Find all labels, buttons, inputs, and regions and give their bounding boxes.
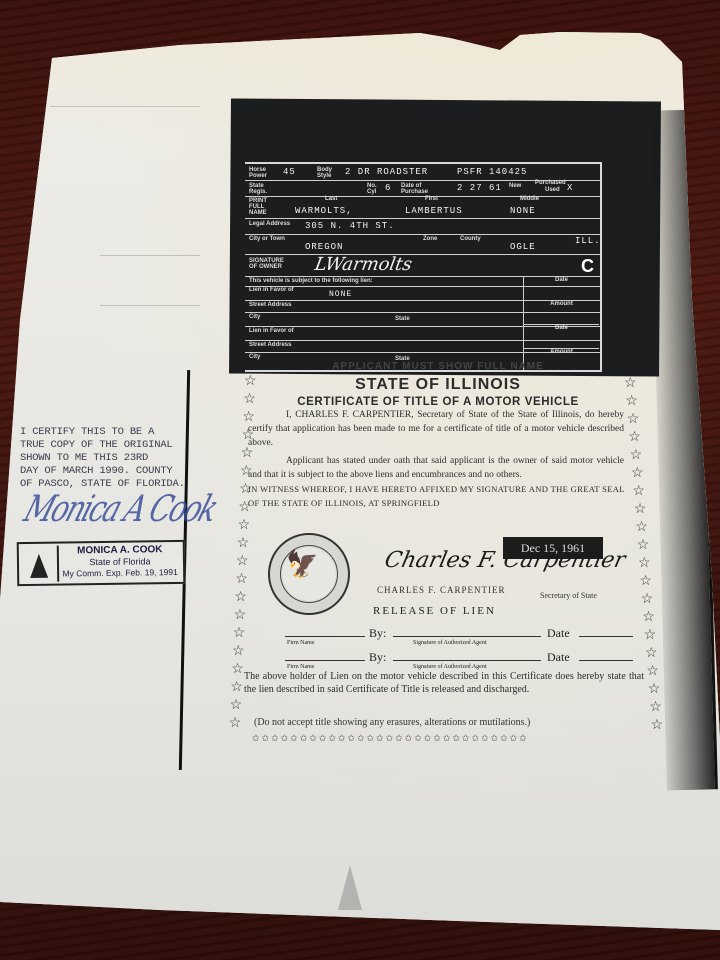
star-icon: ☆: [229, 715, 242, 729]
stamp-text: MONICA A. COOK State of Florida My Comm.…: [59, 544, 181, 580]
document-page: Horse Power 45 Body Style 2 DR ROADSTER …: [0, 0, 720, 960]
star-icon: ☆: [232, 643, 245, 657]
purchase-date-value: 2 27 61: [457, 183, 502, 193]
star-icon: ☆: [646, 663, 659, 677]
star-icon: ☆: [644, 627, 657, 641]
label-purchased: Purchased: [535, 180, 566, 186]
notary-line: DAY OF MARCH 1990. COUNTY: [20, 465, 220, 478]
star-icon: ☆: [243, 391, 256, 405]
star-icon: ☆: [624, 375, 637, 389]
label-street: Street Address: [249, 342, 291, 348]
label-lien2-date: Date: [524, 325, 599, 349]
notary-commission: My Comm. Exp. Feb. 19, 1991: [59, 567, 181, 580]
release-of-lien-title: RELEASE OF LIEN: [373, 605, 496, 617]
star-icon: ☆: [231, 661, 244, 675]
owner-middle-name: NONE: [510, 206, 536, 216]
star-icon: ☆: [634, 501, 647, 515]
star-icon: ☆: [639, 573, 652, 587]
notary-signature: Monica A Cook: [19, 487, 222, 530]
star-icon: ☆: [234, 607, 247, 621]
star-icon: ☆: [237, 535, 250, 549]
release-signature-row: By: Date Firm Name Signature of Authoriz…: [285, 626, 635, 650]
lien-date-amount-column: Date Amount Date Amount: [523, 277, 599, 370]
star-icon: ☆: [651, 717, 664, 731]
star-icon: ☆: [637, 537, 650, 551]
serial-number: PSFR 140425: [457, 167, 527, 177]
star-icon: ☆: [631, 465, 644, 479]
label-used: Used: [545, 187, 560, 193]
label-city: City or Town: [249, 236, 285, 242]
notary-certification: I CERTIFY THIS TO BE A TRUE COPY OF THE …: [20, 426, 220, 491]
label-state-reg: State Regis.: [249, 183, 277, 195]
notary-line: SHOWN TO ME THIS 23RD: [20, 452, 220, 465]
secretary-signature: Charles F. Carpentier: [382, 548, 627, 573]
row-horsepower: Horse Power 45 Body Style 2 DR ROADSTER …: [245, 164, 600, 181]
star-icon: ☆: [632, 483, 645, 497]
witness-statement: IN WITNESS WHEREOF, I HAVE HERETO AFFIXE…: [238, 482, 638, 510]
star-icon: ☆: [645, 645, 658, 659]
star-icon: ☆: [630, 447, 643, 461]
certification-paragraph: I, CHARLES F. CARPENTIER, Secretary of S…: [238, 408, 638, 450]
label-last: Last: [325, 196, 337, 202]
lien1-favor-value: NONE: [329, 290, 352, 299]
star-icon: ☆: [233, 625, 246, 639]
star-icon: ☆: [241, 445, 254, 459]
star-icon: ☆: [628, 429, 641, 443]
alteration-warning: (Do not accept title showing any erasure…: [254, 717, 644, 728]
faint-rule: [100, 305, 200, 306]
star-icon: ☆: [235, 571, 248, 585]
row-signature: SIGNATURE OF OWNER LWarmolts C: [245, 254, 600, 277]
label-state: State: [395, 316, 410, 322]
star-icon: ☆: [236, 553, 249, 567]
oath-paragraph: Applicant has stated under oath that sai…: [238, 454, 638, 482]
by-label: By:: [369, 650, 386, 665]
star-icon: ☆: [230, 679, 243, 693]
label-lien-favor: Lien in Favor of: [249, 287, 294, 293]
star-icon: ☆: [641, 591, 654, 605]
label-first: First: [425, 196, 438, 202]
date-line: [579, 660, 633, 661]
star-icon: ☆: [230, 697, 243, 711]
label-full-name: PRINT FULL NAME: [249, 198, 279, 216]
faint-rule: [50, 106, 200, 107]
body-style-value: 2 DR ROADSTER: [345, 167, 428, 177]
certificate-body: STATE OF ILLINOIS CERTIFICATE OF TITLE O…: [238, 376, 638, 510]
signer-name: CHARLES F. CARPENTIER: [377, 585, 506, 595]
county-value: OGLE: [510, 242, 536, 252]
star-icon: ☆: [642, 609, 655, 623]
star-icon: ☆: [638, 555, 651, 569]
label-lien1-amount: Amount: [524, 301, 599, 325]
release-statement: The above holder of Lien on the motor ve…: [240, 670, 644, 696]
signer-title: Secretary of State: [540, 591, 597, 600]
bottom-star-border: ✩✩✩✩✩✩✩✩✩✩✩✩✩✩✩✩✩✩✩✩✩✩✩✩✩✩✩✩✩: [252, 733, 529, 744]
full-name-banner: APPLICANT MUST SHOW FULL NAME: [258, 361, 618, 372]
date-line: [579, 636, 633, 637]
faint-rule: [100, 255, 200, 256]
label-city: City: [249, 354, 260, 360]
legal-address-value: 305 N. 4TH ST.: [305, 221, 395, 231]
label-legal-address: Legal Address: [249, 221, 290, 227]
firm-name-line: [285, 636, 365, 637]
illinois-state-seal: 🦅: [268, 533, 350, 615]
date-label: Date: [547, 626, 570, 641]
label-cyl: No. Cyl: [367, 183, 383, 195]
notary-line: TRUE COPY OF THE ORIGINAL: [20, 439, 220, 452]
star-icon: ☆: [238, 517, 251, 531]
agent-caption: Signature of Authorized Agent: [413, 640, 487, 646]
label-street: Street Address: [249, 302, 291, 308]
cylinders-value: 6: [385, 183, 391, 193]
horse-power-value: 45: [283, 167, 296, 177]
label-horse-power: Horse Power: [249, 167, 277, 179]
owner-signature: LWarmolts: [313, 254, 413, 275]
firm-name-caption: Firm Name: [287, 640, 315, 646]
row-name: PRINT FULL NAME Last First Middle WARMOL…: [245, 196, 600, 219]
label-owner-signature: SIGNATURE OF OWNER: [249, 258, 285, 270]
agent-signature-line: [393, 660, 541, 661]
code-letter: C: [581, 256, 594, 277]
star-icon: ☆: [627, 411, 640, 425]
star-icon: ☆: [242, 409, 255, 423]
city-value: OREGON: [305, 242, 343, 252]
notary-stamp: MONICA A. COOK State of Florida My Comm.…: [17, 540, 186, 586]
firm-name-line: [285, 660, 365, 661]
pencil-mark: [338, 865, 362, 910]
notary-name: MONICA A. COOK: [59, 544, 181, 558]
label-middle: Middle: [520, 196, 539, 202]
certificate-title: STATE OF ILLINOIS: [238, 376, 638, 394]
star-icon: ☆: [635, 519, 648, 533]
notary-line: I CERTIFY THIS TO BE A: [20, 426, 220, 439]
used-checkbox-mark: X: [567, 183, 573, 193]
notary-seal-icon: [21, 546, 59, 583]
star-icon: ☆: [240, 463, 253, 477]
owner-last-name: WARMOLTS,: [295, 206, 353, 216]
label-zone: Zone: [423, 236, 437, 242]
eagle-icon: 🦅: [286, 549, 318, 580]
date-label: Date: [547, 650, 570, 665]
star-icon: ☆: [242, 427, 255, 441]
state-value: ILL.: [575, 236, 601, 246]
star-icon: ☆: [649, 699, 662, 713]
agent-signature-line: [393, 636, 541, 637]
label-new: New: [509, 183, 521, 189]
certificate-subtitle: CERTIFICATE OF TITLE OF A MOTOR VEHICLE: [238, 396, 638, 408]
star-icon: ☆: [238, 499, 251, 513]
vehicle-title-form: Horse Power 45 Body Style 2 DR ROADSTER …: [245, 162, 602, 372]
label-lien1-date: Date: [524, 277, 599, 301]
row-registration: State Regis. No. Cyl 6 Date of Purchase …: [245, 180, 600, 197]
label-city: City: [249, 314, 260, 320]
label-body-style: Body Style: [317, 167, 341, 179]
label-date-purchase: Date of Purchase: [401, 183, 441, 195]
by-label: By:: [369, 626, 386, 641]
star-icon: ☆: [239, 481, 252, 495]
owner-first-name: LAMBERTUS: [405, 206, 463, 216]
lien-notice: This vehicle is subject to the following…: [249, 278, 373, 284]
row-city: City or Town OREGON Zone County OGLE ILL…: [245, 234, 600, 255]
star-icon: ☆: [648, 681, 661, 695]
row-address: Legal Address 305 N. 4TH ST.: [245, 218, 600, 235]
star-icon: ☆: [234, 589, 247, 603]
star-icon: ☆: [625, 393, 638, 407]
star-icon: ☆: [244, 373, 257, 387]
label-lien-favor: Lien in Favor of: [249, 328, 294, 334]
label-county: County: [460, 236, 481, 242]
